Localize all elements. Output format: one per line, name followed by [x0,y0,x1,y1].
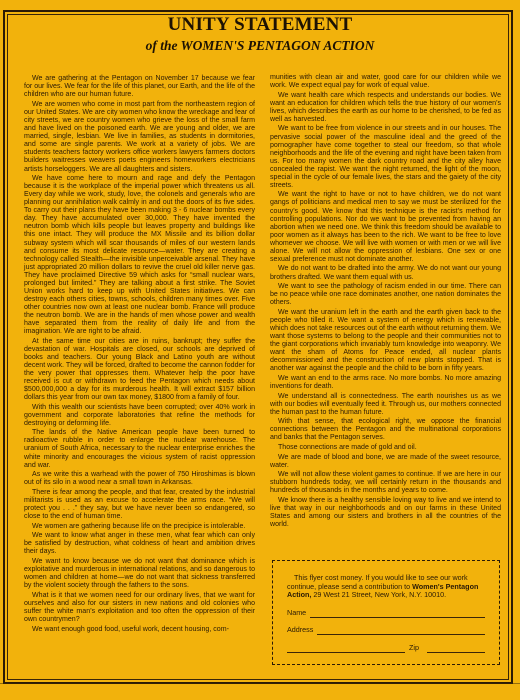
paragraph: The lands of the Native American people … [24,429,255,469]
name-label: Name [287,609,306,618]
paragraph: We do not want to be drafted into the ar… [270,265,501,281]
paragraph: With that sense, that ecological right, … [270,418,501,442]
coupon-text: This flyer cost money. If you would like… [287,574,485,600]
document-header: UNITY STATEMENT of the WOMEN'S PENTAGON … [0,14,520,54]
paragraph: We want an end to the arms race. No more… [270,375,501,391]
paragraph: What is it that we women need for our or… [24,592,255,624]
paragraph: We know there is a healthy sensible lovi… [270,497,501,529]
document-subtitle: of the WOMEN'S PENTAGON ACTION [0,38,520,54]
paragraph: We women are gathering because life on t… [24,523,255,531]
paragraph: We are made of blood and bone, we are ma… [270,454,501,470]
left-column: We are gathering at the Pentagon on Nove… [24,75,255,635]
address-field[interactable]: Address [287,626,485,635]
paragraph: Those connections are made of gold and o… [270,444,501,452]
paragraph: We want to know because we do not want t… [24,558,255,590]
name-field[interactable]: Name [287,609,485,618]
paragraph: munities with clean air and water, good … [270,74,501,90]
paragraph: We want to know what anger in these men,… [24,532,255,556]
zip-field[interactable]: Zip [287,644,485,653]
paragraph: We want the right to have or not to have… [270,191,501,263]
address-line[interactable] [317,626,485,635]
zip-label: Zip [409,644,419,653]
zip-line[interactable] [427,644,485,653]
paragraph: We want to be free from violence in our … [270,125,501,189]
paragraph: We want the uranium left in the earth an… [270,309,501,373]
paragraph: We are women who come in most part from … [24,101,255,173]
paragraph: We want enough good food, useful work, d… [24,626,255,634]
paragraph: We want health care which respects and u… [270,92,501,124]
paragraph: We want to see the pathology of racism e… [270,283,501,307]
name-line[interactable] [310,609,485,618]
paragraph: At the same time our cities are in ruins… [24,338,255,402]
paragraph: As we write this a warhead with the powe… [24,471,255,487]
contribution-coupon: This flyer cost money. If you would like… [272,560,500,665]
paragraph: There is fear among the people, and that… [24,489,255,521]
paragraph: We understand all is connectedness. The … [270,393,501,417]
paragraph: With this wealth our scientists have bee… [24,404,255,428]
bottom-rule [0,683,520,684]
paragraph: We will not allow these violent games to… [270,471,501,495]
paragraph: We are gathering at the Pentagon on Nove… [24,75,255,99]
document-title: UNITY STATEMENT [0,14,520,36]
city-line[interactable] [287,644,405,653]
right-column: munities with clean air and water, good … [270,74,501,531]
address-label: Address [287,626,313,635]
paragraph: We have come here to mourn and rage and … [24,175,255,336]
